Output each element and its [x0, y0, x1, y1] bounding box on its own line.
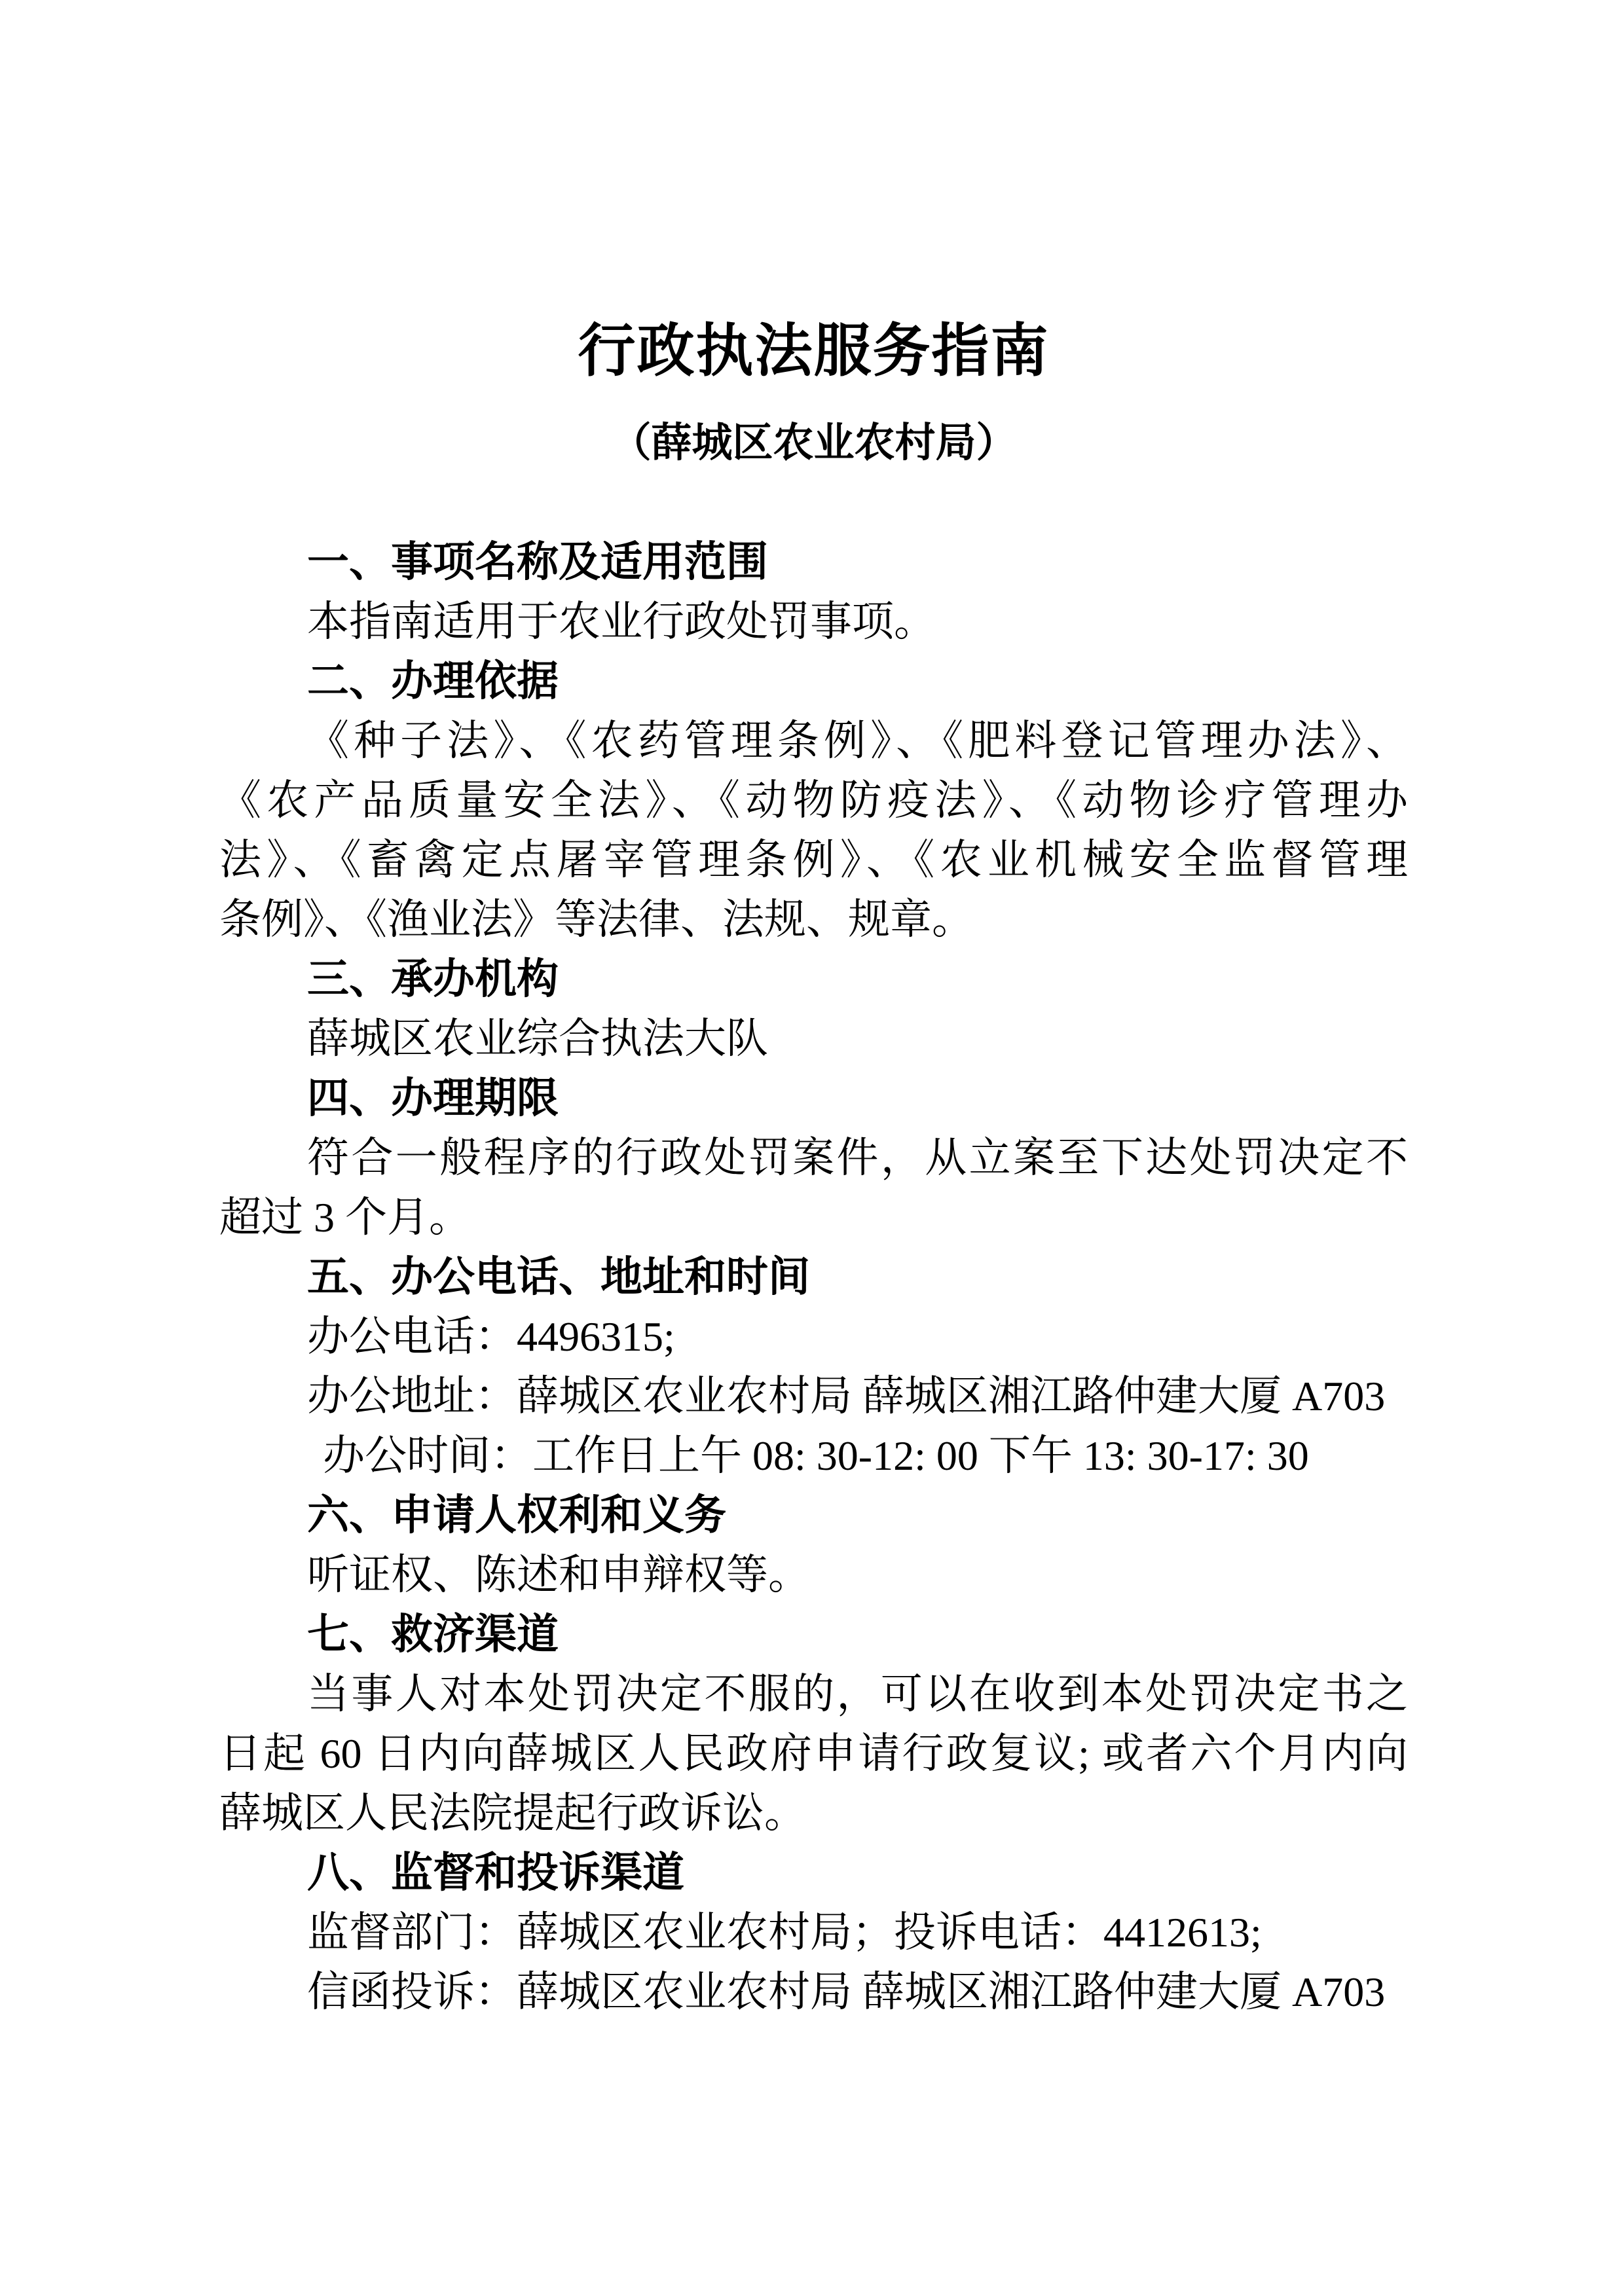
section-7-line-2: 日起 60 日内向薛城区人民政府申请行政复议; 或者六个月内向 — [219, 1724, 1408, 1783]
section-1-line-1: 本指南适用于农业行政处罚事项。 — [219, 592, 1408, 651]
document-page: 行政执法服务指南 （薛城区农业农村局） 一、事项名称及适用范围 本指南适用于农业… — [0, 0, 1624, 2296]
section-5-heading: 五、办公电话、地址和时间 — [219, 1247, 1408, 1307]
section-1-heading: 一、事项名称及适用范围 — [219, 532, 1408, 592]
section-5-line-2: 办公地址：薛城区农业农村局 薛城区湘江路仲建大厦 A703 — [219, 1366, 1408, 1426]
section-8-heading: 八、监督和投诉渠道 — [219, 1843, 1408, 1903]
section-7-heading: 七、救济渠道 — [219, 1605, 1408, 1664]
section-4-line-1: 符合一般程序的行政处罚案件，从立案至下达处罚决定不 — [219, 1128, 1408, 1188]
section-7-line-3: 薛城区人民法院提起行政诉讼。 — [219, 1783, 1408, 1843]
section-2-heading: 二、办理依据 — [219, 651, 1408, 711]
section-5-line-3: 办公时间：工作日上午 08: 30-12: 00 下午 13: 30-17: 3… — [219, 1426, 1408, 1485]
section-6-heading: 六、申请人权利和义务 — [219, 1485, 1408, 1545]
section-2-line-1: 《种子法》、《农药管理条例》、《肥料登记管理办法》、 — [219, 711, 1408, 771]
section-8-line-1: 监督部门：薛城区农业农村局；投诉电话：4412613; — [219, 1903, 1408, 1962]
section-3-line-1: 薛城区农业综合执法大队 — [219, 1009, 1408, 1068]
section-3-heading: 三、承办机构 — [219, 949, 1408, 1009]
section-5-line-1: 办公电话：4496315; — [219, 1307, 1408, 1366]
section-6-line-1: 听证权、陈述和申辩权等。 — [219, 1545, 1408, 1605]
section-2-line-3: 法》、《畜禽定点屠宰管理条例》、《农业机械安全监督管理 — [219, 830, 1408, 890]
document-body: 一、事项名称及适用范围 本指南适用于农业行政处罚事项。 二、办理依据 《种子法》… — [219, 532, 1408, 2022]
section-2-line-2: 《农产品质量安全法》、《动物防疫法》、《动物诊疗管理办 — [219, 771, 1408, 830]
section-4-line-2: 超过 3 个月。 — [219, 1188, 1408, 1247]
section-7-line-1: 当事人对本处罚决定不服的，可以在收到本处罚决定书之 — [219, 1664, 1408, 1724]
document-title: 行政执法服务指南 — [219, 319, 1408, 382]
section-2-line-4: 条例》、《渔业法》等法律、法规、规章。 — [219, 890, 1408, 949]
document-subtitle: （薛城区农业农村局） — [219, 420, 1408, 466]
section-8-line-2: 信函投诉：薛城区农业农村局 薛城区湘江路仲建大厦 A703 — [219, 1962, 1408, 2022]
section-4-heading: 四、办理期限 — [219, 1068, 1408, 1128]
